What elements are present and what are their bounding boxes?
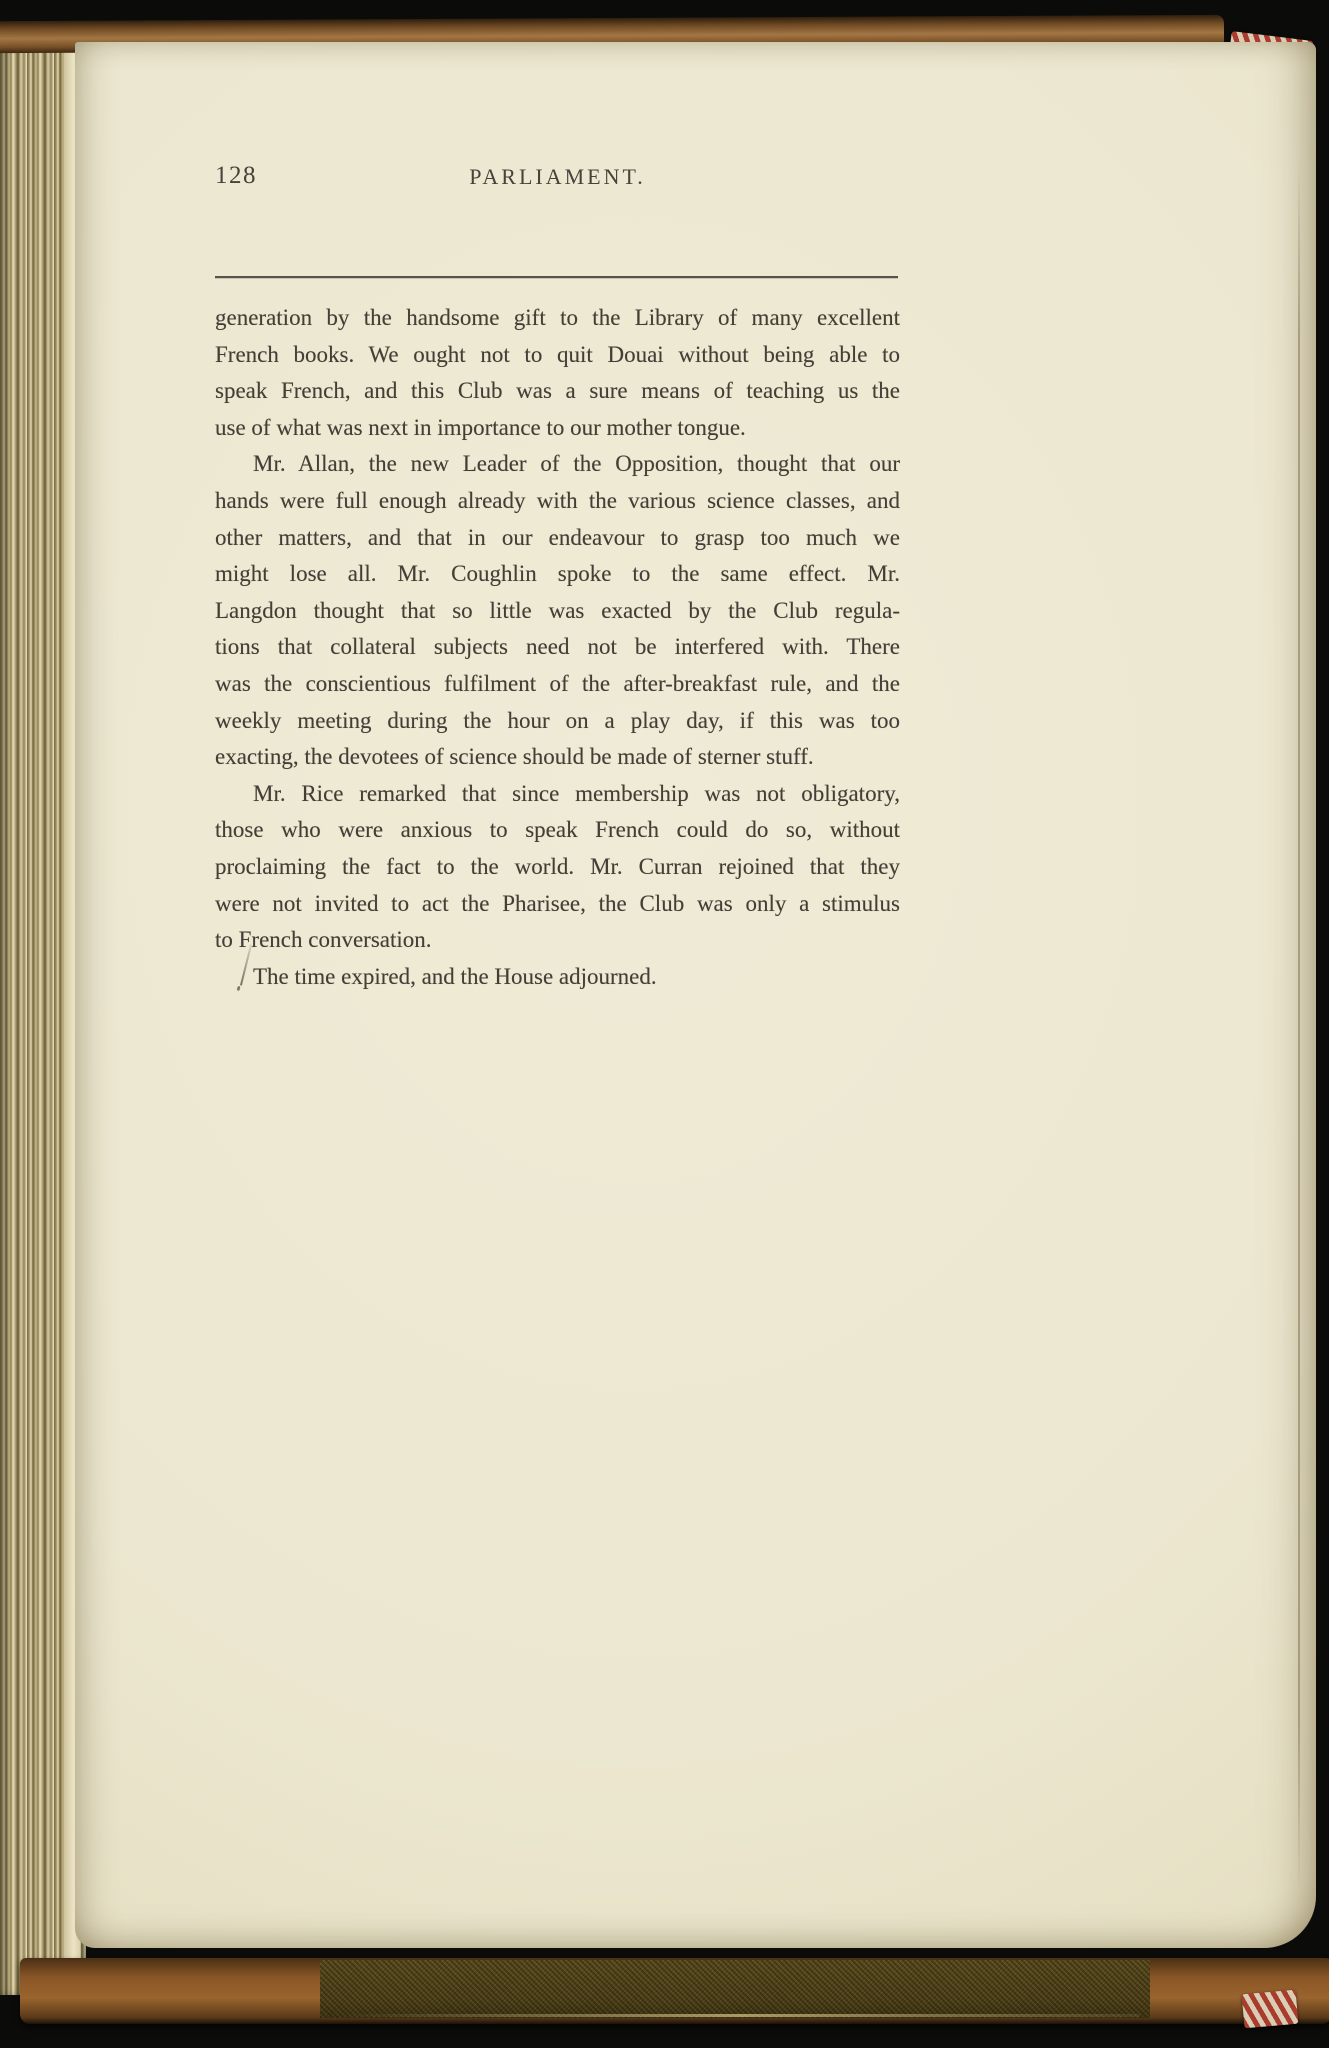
text-line: to French conversation. — [215, 922, 900, 959]
text-line: The time expired, and the House adjourne… — [215, 959, 900, 996]
book-cover-bottom-highlight — [340, 2014, 1140, 2017]
text-line: weekly meeting during the hour on a play… — [215, 703, 900, 740]
page-edges-left — [0, 30, 86, 1995]
book-cover-bottom-texture — [320, 1960, 1150, 2018]
headband-bottom — [1242, 1990, 1299, 2029]
text-line: tions that collateral subjects need not … — [215, 629, 900, 666]
running-title: PARLIAMENT. — [215, 164, 900, 190]
book-photo: 128 PARLIAMENT. generation by the handso… — [0, 0, 1329, 2048]
text-line: Mr. Allan, the new Leader of the Opposit… — [215, 446, 900, 483]
header-rule — [215, 276, 898, 278]
text-line: use of what was next in importance to ou… — [215, 410, 900, 447]
book-cover-bottom-edge — [20, 1958, 1329, 2024]
text-line: speak French, and this Club was a sure m… — [215, 373, 900, 410]
page-header: 128 PARLIAMENT. — [215, 160, 900, 194]
text-line: hands were full enough already with the … — [215, 483, 900, 520]
text-line: those who were anxious to speak French c… — [215, 812, 900, 849]
text-line: might lose all. Mr. Coughlin spoke to th… — [215, 556, 900, 593]
text-line: other matters, and that in our endeavour… — [215, 520, 900, 557]
text-line: proclaiming the fact to the world. Mr. C… — [215, 849, 900, 886]
page-text: generation by the handsome gift to the L… — [215, 300, 900, 995]
text-line: were not invited to act the Pharisee, th… — [215, 886, 900, 923]
text-line: Mr. Rice remarked that since membership … — [215, 776, 900, 813]
text-line: was the conscientious fulfilment of the … — [215, 666, 900, 703]
text-line: exacting, the devotees of science should… — [215, 739, 900, 776]
text-line: Langdon thought that so little was exact… — [215, 593, 900, 630]
text-line: French books. We ought not to quit Douai… — [215, 337, 900, 374]
text-line: generation by the handsome gift to the L… — [215, 300, 900, 337]
book-page: 128 PARLIAMENT. generation by the handso… — [75, 42, 1316, 1948]
page-crease — [1298, 162, 1300, 1892]
